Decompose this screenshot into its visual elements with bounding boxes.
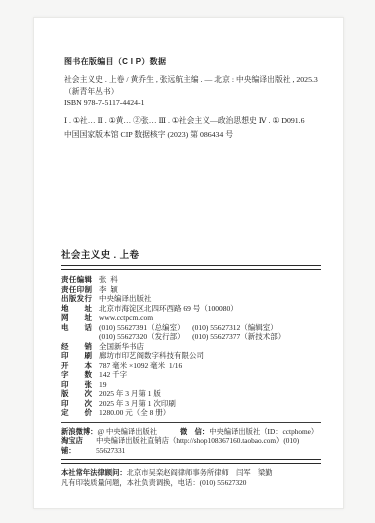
cip-classification: Ⅰ . ①社… Ⅱ . ①黄… ②张… Ⅲ . ①社会主义—政治思想史 Ⅳ . … <box>64 115 321 127</box>
social-block: 新浪微博：@ 中央编译出版社 微 信：中央编译出版社（ID：cctphome） … <box>61 427 321 456</box>
credit-label: 印刷 <box>61 351 92 361</box>
social-row-2: 淘宝店铺： 中央编译出版社直销店（http://shop108367160.ta… <box>61 436 321 455</box>
weibo-label: 新浪微博： <box>61 427 97 437</box>
taobao-value: 中央编译出版社直销店（http://shop108367160.taobao.c… <box>96 436 321 455</box>
wechat-value: 中央编译出版社（ID：cctphome） <box>209 427 318 436</box>
credit-value: (010) 55627320（发行部） (010) 55627377（新技术部） <box>99 332 285 342</box>
wechat-label: 微 信： <box>180 427 209 436</box>
scanned-page-canvas: 图书在版编目（C I P）数据 社会主义史 . 上卷 / 黄乔生 , 张远航主编… <box>0 0 375 523</box>
weibo-line: 新浪微博：@ 中央编译出版社 <box>61 427 180 437</box>
credit-row-sheets: 印张 19 <box>61 380 321 390</box>
credit-label: 版次 <box>61 389 92 399</box>
credit-row-phone-2: (010) 55627320（发行部） (010) 55627377（新技术部） <box>61 332 321 342</box>
credit-value: 19 <box>99 380 107 390</box>
credit-row-format: 开本 787 毫米 ×1092 毫米 1/16 <box>61 361 321 371</box>
weibo-value: @ 中央编译出版社 <box>97 427 157 437</box>
credit-value: 张 科 <box>99 275 118 285</box>
credit-value: 廊坊市印艺阁数字科技有限公司 <box>99 351 204 361</box>
credit-row-distributor: 经销 全国新华书店 <box>61 342 321 352</box>
cip-registry-number: 中国国家版本馆 CIP 数据核字 (2023) 第 086434 号 <box>64 129 321 141</box>
cip-isbn: ISBN 978-7-5117-4424-1 <box>64 97 321 109</box>
title-divider-rule <box>61 265 321 270</box>
wechat-line: 微 信：中央编译出版社（ID：cctphome） <box>180 427 318 437</box>
credit-row-editor: 责任编辑 张 科 <box>61 275 321 285</box>
credit-value: (010) 55627391（总编室） (010) 55627312（编辑室） <box>99 323 278 333</box>
credit-label: 责任编辑 <box>61 275 92 285</box>
credit-value: 142 千字 <box>99 370 127 380</box>
credit-label: 网址 <box>61 313 92 323</box>
colophon: 社会主义史 . 上卷 责任编辑 张 科 责任印制 李 颖 出版发行 中央编译出版… <box>61 247 321 488</box>
credit-row-phone-1: 电话 (010) 55627391（总编室） (010) 55627312（编辑… <box>61 323 321 333</box>
cip-block: 图书在版编目（C I P）数据 社会主义史 . 上卷 / 黄乔生 , 张远航主编… <box>64 56 321 141</box>
legal-counsel-label: 本社常年法律顾问： <box>61 468 127 478</box>
legal-counsel-line: 本社常年法律顾问： 北京市吴栾赵阎律师事务所律师 闫军 梁勤 <box>61 468 321 478</box>
credit-label: 字数 <box>61 370 92 380</box>
credit-label: 出版发行 <box>61 294 92 304</box>
legal-divider-rule <box>61 459 321 464</box>
credit-label: 地址 <box>61 304 92 314</box>
cip-title-line: 社会主义史 . 上卷 / 黄乔生 , 张远航主编 . — 北京 : 中央编译出版… <box>64 74 321 86</box>
credit-row-impression: 印次 2025 年 3 月第 1 次印刷 <box>61 399 321 409</box>
legal-block: 本社常年法律顾问： 北京市吴栾赵阎律师事务所律师 闫军 梁勤 凡有印装质量问题，… <box>61 468 321 488</box>
credit-label <box>61 332 92 342</box>
credit-value: www.cctpcm.com <box>99 313 153 323</box>
credit-label: 电话 <box>61 323 92 333</box>
credits-list: 责任编辑 张 科 责任印制 李 颖 出版发行 中央编译出版社 地址 北京市海淀区… <box>61 275 321 418</box>
credit-label: 定价 <box>61 408 92 418</box>
credit-value: 北京市海淀区北四环西路 69 号（100080） <box>99 304 238 314</box>
social-row-1: 新浪微博：@ 中央编译出版社 微 信：中央编译出版社（ID：cctphome） <box>61 427 321 437</box>
copyright-page: 图书在版编目（C I P）数据 社会主义史 . 上卷 / 黄乔生 , 张远航主编… <box>33 17 344 509</box>
cip-series-line: （新青年丛书） <box>64 86 321 98</box>
credit-value: 787 毫米 ×1092 毫米 1/16 <box>99 361 182 371</box>
credit-label: 经销 <box>61 342 92 352</box>
taobao-label: 淘宝店铺： <box>61 436 96 455</box>
credit-value: 2025 年 3 月第 1 次印刷 <box>99 399 176 409</box>
credit-row-website: 网址 www.cctpcm.com <box>61 313 321 323</box>
social-divider-rule <box>61 422 321 423</box>
cip-header: 图书在版编目（C I P）数据 <box>64 56 321 67</box>
credit-row-price: 定价 1280.00 元（全 8 册） <box>61 408 321 418</box>
credit-row-printer: 印刷 廊坊市印艺阁数字科技有限公司 <box>61 351 321 361</box>
credit-value: 李 颖 <box>99 285 118 295</box>
credit-value: 全国新华书店 <box>99 342 144 352</box>
credit-value: 1280.00 元（全 8 册） <box>99 408 170 418</box>
credit-row-address: 地址 北京市海淀区北四环西路 69 号（100080） <box>61 304 321 314</box>
legal-counsel-value: 北京市吴栾赵阎律师事务所律师 闫军 梁勤 <box>127 468 273 478</box>
credit-label: 印张 <box>61 380 92 390</box>
credit-row-word-count: 字数 142 千字 <box>61 370 321 380</box>
credit-value: 中央编译出版社 <box>99 294 152 304</box>
credit-row-edition: 版次 2025 年 3 月第 1 版 <box>61 389 321 399</box>
credit-label: 责任印制 <box>61 285 92 295</box>
credit-label: 印次 <box>61 399 92 409</box>
credit-value: 2025 年 3 月第 1 版 <box>99 389 161 399</box>
credit-label: 开本 <box>61 361 92 371</box>
credit-row-print-editor: 责任印制 李 颖 <box>61 285 321 295</box>
legal-quality-line: 凡有印装质量问题，本社负责调换，电话：(010) 55627320 <box>61 478 321 488</box>
legal-quality-text: 凡有印装质量问题，本社负责调换，电话：(010) 55627320 <box>61 478 246 488</box>
credit-row-publisher: 出版发行 中央编译出版社 <box>61 294 321 304</box>
book-title: 社会主义史 . 上卷 <box>61 247 321 261</box>
